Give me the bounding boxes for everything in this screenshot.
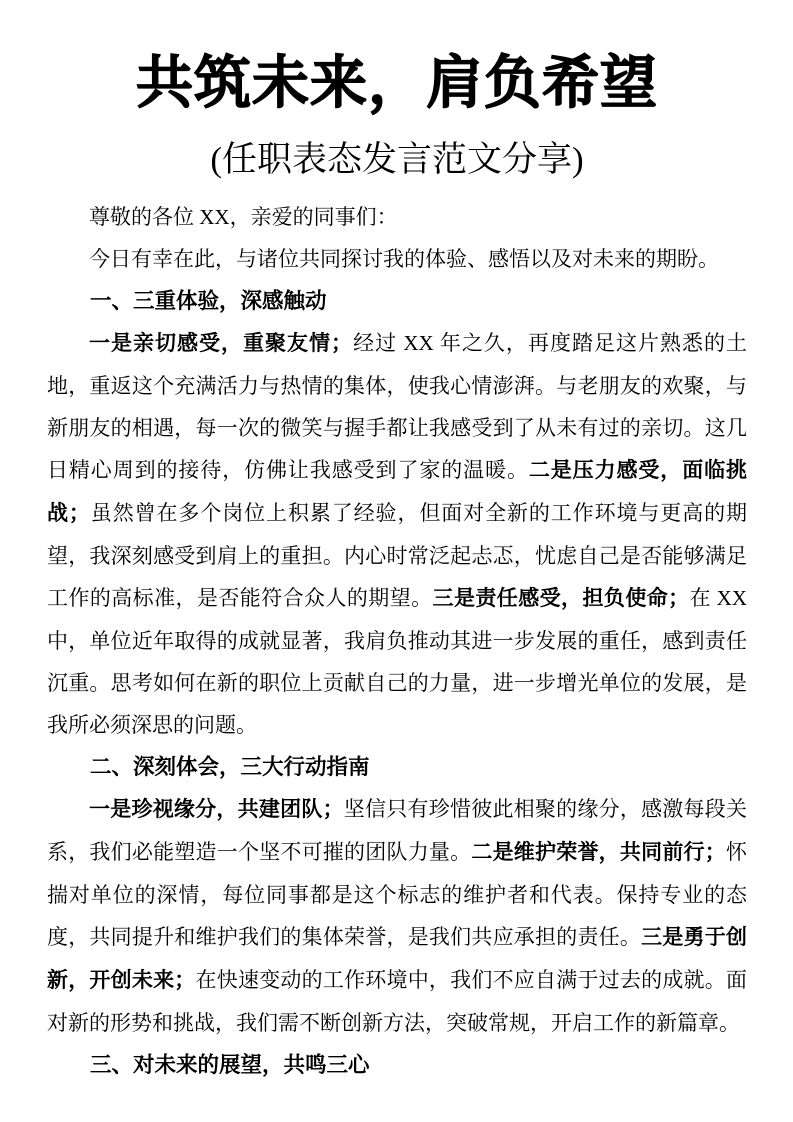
document-body: 尊敬的各位 XX，亲爱的同事们： 今日有幸在此，与诸位共同探讨我的体验、感悟以及… [47,196,747,1086]
salutation-line: 尊敬的各位 XX，亲爱的同事们： [47,196,747,238]
bold-lead-in: 一是亲切感受，重聚友情； [89,332,352,355]
intro-paragraph: 今日有幸在此，与诸位共同探讨我的体验、感悟以及对未来的期盼。 [47,238,747,280]
bold-lead-in: 二是维护荣誉，共同前行； [471,841,725,864]
section-1-paragraph: 一是亲切感受，重聚友情；经过 XX 年之久，再度踏足这片熟悉的土地，重返这个充满… [47,322,747,746]
section-2-heading: 二、深刻体会，三大行动指南 [47,746,747,788]
document-page: 共筑未来，肩负希望 (任职表态发言范文分享) 尊敬的各位 XX，亲爱的同事们： … [0,0,793,1122]
document-subtitle: (任职表态发言范文分享) [47,136,747,184]
document-title: 共筑未来，肩负希望 [47,48,747,120]
bold-lead-in: 一是珍视缘分，共建团队； [89,798,344,821]
section-2-paragraph: 一是珍视缘分，共建团队；坚信只有珍惜彼此相聚的缘分，感激每段关系，我们必能塑造一… [47,788,747,1044]
section-3-heading: 三、对未来的展望，共鸣三心 [47,1044,747,1086]
bold-lead-in: 三是责任感受，担负使命； [433,587,690,610]
section-1-heading: 一、三重体验，深感触动 [47,280,747,322]
